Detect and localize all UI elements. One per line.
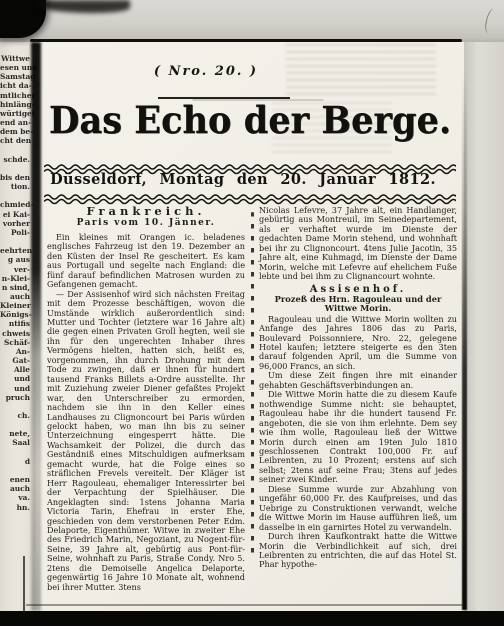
page-fragment-line: tion. (0, 182, 30, 191)
page-fragment-line (0, 448, 30, 457)
left-column: Frankreich. Paris vom 10. Jänner. Ein kl… (47, 206, 245, 592)
page-fragment-line (0, 402, 30, 411)
page-fragment-line: Alle (0, 365, 30, 374)
book-gutter-shadow (31, 42, 41, 611)
page-fragment-line: Saal (0, 438, 30, 447)
page-fragment-line: mtlicher (0, 91, 30, 100)
top-edge-rule (30, 39, 462, 42)
newspaper-title: Das Echo der Berge. (47, 98, 454, 142)
page-fragment-line (0, 420, 30, 429)
page-fragment-line: ntifis (0, 319, 30, 328)
body-paragraph: — Der Assisenhof wird sich nächsten Frei… (47, 290, 245, 593)
section-heading-frankreich: Frankreich. (47, 207, 245, 216)
page-fragment-line: vorher (0, 219, 30, 228)
page-fragment-line: auch (0, 292, 30, 301)
page-fragment-line: Poli- (0, 228, 30, 237)
page-bottom-edge (26, 604, 462, 606)
body-paragraph: Diese Summe wurde zur Abzahlung von unge… (259, 485, 457, 532)
scanned-newspaper-image: { "masthead": { "issue_label": "( Nro. 2… (0, 0, 504, 626)
page-fragment-line: und (0, 374, 30, 383)
issue-number: ( Nro. 20. ) (36, 64, 376, 79)
page-fragment-line: Wittwe (0, 54, 30, 63)
page-fragment-line: chmied- (0, 200, 30, 209)
page-fragment-line: schde. (0, 155, 30, 164)
page-fragment-line: esen und (0, 63, 30, 72)
body-paragraph: Durch ihren Kaufkontrakt hatte die Wittw… (259, 532, 457, 570)
left-column-paragraphs: Ein kleines mit Orangen ic. beladenes en… (47, 233, 245, 592)
dateline: Düsseldorf, Montag den 20. Januar 1812. (36, 171, 450, 188)
body-paragraph: Ein kleines mit Orangen ic. beladenes en… (47, 233, 245, 290)
page-fragment-line: würtiget (0, 109, 30, 118)
page-fragment-line: Samstag (0, 72, 30, 81)
page-fragment-line (0, 237, 30, 246)
page-right-edge (464, 42, 504, 612)
page-fragment-line: Königs- (0, 310, 30, 319)
page-fold-shadow (462, 70, 467, 610)
right-column-paragraphs: Ragouleau und die Wittwe Morin wollten z… (259, 315, 457, 570)
page-fragment-line: icht da- (0, 81, 30, 90)
page-fragment-line: eehrten (0, 246, 30, 255)
page-fragment-line: n sind, (0, 283, 30, 292)
case-heading: Prozeß des Hrn. Ragouleau und der Wittwe… (274, 295, 442, 314)
page-fragment-line: ei Kai- (0, 210, 30, 219)
page-fragment-line: dem be- (0, 127, 30, 136)
page-fragment-line: chweis (0, 329, 30, 338)
page-fragment-line: pruch (0, 393, 30, 402)
body-paragraph: Nicolas Lefevre, 37 Jahre alt, ein Handl… (259, 206, 457, 282)
page-fragment-line: enen (0, 475, 30, 484)
body-paragraph: Um diese Zeit fingen ihre mit einander g… (259, 371, 457, 390)
page-fragment-line: bis den (0, 173, 30, 182)
page-fragment-line: Kleiner (0, 301, 30, 310)
page-fragment-line: n-Klei- (0, 274, 30, 283)
page-fragment-line: ch. (0, 411, 30, 420)
page-fragment-line: Schäf- (0, 338, 30, 347)
page-fragment-line: hinläng- (0, 100, 30, 109)
article-columns: Frankreich. Paris vom 10. Jänner. Ein kl… (47, 206, 457, 592)
page-fragment-line: und (0, 384, 30, 393)
heading-assisenhof: Assisenhof. (259, 285, 457, 294)
page-fragment-line: va. (0, 493, 30, 502)
page-fragment-line (0, 164, 30, 173)
column-divider (251, 212, 254, 558)
body-paragraph: Ragouleau und die Wittwe Morin wollten z… (259, 315, 457, 372)
right-column: Nicolas Lefevre, 37 Jahre alt, ein Handl… (259, 206, 457, 592)
page-fragment-line (0, 191, 30, 200)
newspaper-page: ( Nro. 20. ) Das Echo der Berge. Düsseld… (36, 42, 464, 611)
page-fragment-line: An- (0, 347, 30, 356)
page-fragment-line: end an- (0, 118, 30, 127)
body-paragraph: Die Wittwe Morin hatte die zu diesem Kau… (259, 390, 457, 485)
page-fragment-line: nete, (0, 429, 30, 438)
page-fragment-line: hn. (0, 503, 30, 512)
scanner-background-bottom (0, 611, 504, 626)
page-fragment-line: ver- (0, 265, 30, 274)
page-fragment-line: g aus (0, 255, 30, 264)
page-fragment-line (0, 146, 30, 155)
page-fragment-line: Gat- (0, 356, 30, 365)
page-fragment-line: cht den (0, 136, 30, 145)
page-fragment-line: auch (0, 484, 30, 493)
subheading-paris-date: Paris vom 10. Jänner. (47, 219, 245, 228)
page-fragment-line: d (0, 457, 30, 466)
page-left-edge-line (23, 556, 25, 612)
page-fragment-line (0, 466, 30, 475)
